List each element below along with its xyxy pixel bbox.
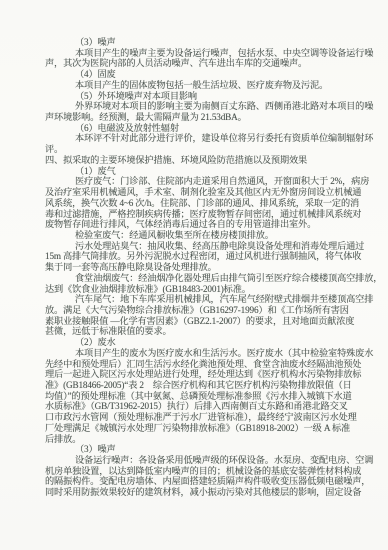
text-line: 放。满足《大气污染物综合排放标准》（GB16297-1996）和《工作场所有害因 [45, 305, 348, 316]
text-line: （5）外环境噪声对本项目影响 [45, 91, 348, 102]
text-line: （2）废水 [45, 337, 348, 348]
text-line: 汽车尾气：地下车库采用机械排风，汽车尾气经附壁式排烟井至楼顶高空排 [45, 294, 348, 305]
text-line: 后排放。 [45, 434, 348, 445]
text-line: 达到《饮食业油烟排放标准》(GB18483-2001)标准。 [45, 284, 348, 295]
text-line: 外界环境对本项目的影响主要为南侧百丈东路、西侧甬港北路对本项目的噪 [45, 101, 348, 112]
text-line: 毒和过滤措施，严格控制疾病传播；医疗废物暂存间密闭，通过机械排风系统对 [45, 209, 348, 220]
text-line: 同时采用防振效果较好的建筑材料，减小振动污染对其他楼层的影响，固定设备 [45, 487, 348, 498]
text-line: （3）噪声 [45, 444, 348, 455]
text-line: 理后一起进入院区污水处理站进行处理，经处理达到《医疗机构水污染物排放标 [45, 369, 348, 380]
text-line: 食堂油烟废气：经油烟净化器处理后由排气筒引至医疗综合楼楼顶高空排放， [45, 273, 348, 284]
text-line: （6）电磁波及放射性辐射 [45, 123, 348, 134]
text-line: （1）废气 [45, 166, 348, 177]
text-line: 检验室废气：经通风橱收集至所在楼房楼顶排放。 [45, 230, 348, 241]
text-line: 厂处理满足《城镇污水处理厂污染物排放标准》（GB18918-2002）一级 A … [45, 423, 348, 434]
text-line: 本项目产生的固体废物包括一般生活垃圾、医疗废弃物及污泥。 [45, 80, 348, 91]
text-line: 设备运行噪声：各设备采用低噪声级的环保设备。水泵房、变配电房、空调 [45, 455, 348, 466]
text-line: 及治疗室采用机械通风，手术室、制剂化验室及其他区内无外窗房间设立机械通 [45, 187, 348, 198]
text-line: 废物暂存间进行排风，气体经消毒后通过各自的专用管道排出室外。 [45, 219, 348, 230]
text-line: 先经中和预处理后）汇同生活污水经化粪池预处理、食堂含油废水经隔油池预处 [45, 359, 348, 370]
text-line: 15m 高排气筒排放。另外污泥脱水过程密闭，通过风机进行强制抽风，将气体收 [45, 251, 348, 262]
text-line: （3）噪声 [45, 37, 348, 48]
text-line: 本项目产生的噪声主要为设备运行噪声，包括水泵、中央空调等设备运行噪 [45, 48, 348, 59]
text-line: 声，其次为医院内部的人员活动噪声、汽车进出车库的交通噪声。 [45, 58, 348, 69]
text-line: 素职业接触限值 —化学有害因素》（GBZ2.1-2007）的要求，且对地面贡献浓… [45, 316, 348, 327]
scanned-document-page: （3）噪声本项目产生的噪声主要为设备运行噪声，包括水泵、中央空调等设备运行噪声，… [0, 0, 388, 550]
document-text-block: （3）噪声本项目产生的噪声主要为设备运行噪声，包括水泵、中央空调等设备运行噪声，… [45, 37, 348, 498]
text-line: 医疗废气：门诊部、住院部内走道采用自然通风，开窗面积大于 2%，病房 [45, 176, 348, 187]
text-line: 四、拟采取的主要环境保护措施、环境风险防范措施以及预期效果 [45, 155, 348, 166]
text-line: 口市政污水管网（预处理标准严于污水厂进管标准），最终经宁波南区污水处理 [45, 412, 348, 423]
text-line: 风系统，换气次数 4~6 次/h。住院部、门诊部的通风、排风系统，采取一定的消 [45, 198, 348, 209]
text-line: 本项目产生的废水为医疗废水和生活污水。医疗废水（其中检验室特殊废水 [45, 348, 348, 359]
text-line: 准》(GB18466-2005)“表 2 综合医疗机构和其它医疗机构污染物排放限… [45, 380, 348, 391]
text-line: 污水处理站臭气：抽风收集、经高压静电除臭设备处理和消毒处理后通过 [45, 241, 348, 252]
text-line: 甚微，远低于标准限值的要求。 [45, 326, 348, 337]
text-line: 机房单独设置，以达到降低室内噪声的目的；机械设备的基底安装弹性材料构成 [45, 466, 348, 477]
text-line: 的隔振构件。变配电房墙体、内屋面搭建轻质隔声构件吸收变压器低频电磁噪声， [45, 476, 348, 487]
text-line: （4）固废 [45, 69, 348, 80]
text-line: 集于同一套等高压静电除臭设备处理排放。 [45, 262, 348, 273]
text-line: 本环评不针对此部分进行评价，建设单位将另行委托有资质单位编制辐射环 [45, 133, 348, 144]
text-line: 评。 [45, 144, 348, 155]
text-line: 声环境影响。经预测，最大需隔声量为 21.53dBA。 [45, 112, 348, 123]
text-line: 均值）”的预处理标准（其中氨氮、总磷预处理标准参照《污水排入城镇下水道 [45, 391, 348, 402]
text-line: 水质标准》（GB/T31962-2015）执行）后排入西南侧百丈东路和甬港北路交… [45, 401, 348, 412]
